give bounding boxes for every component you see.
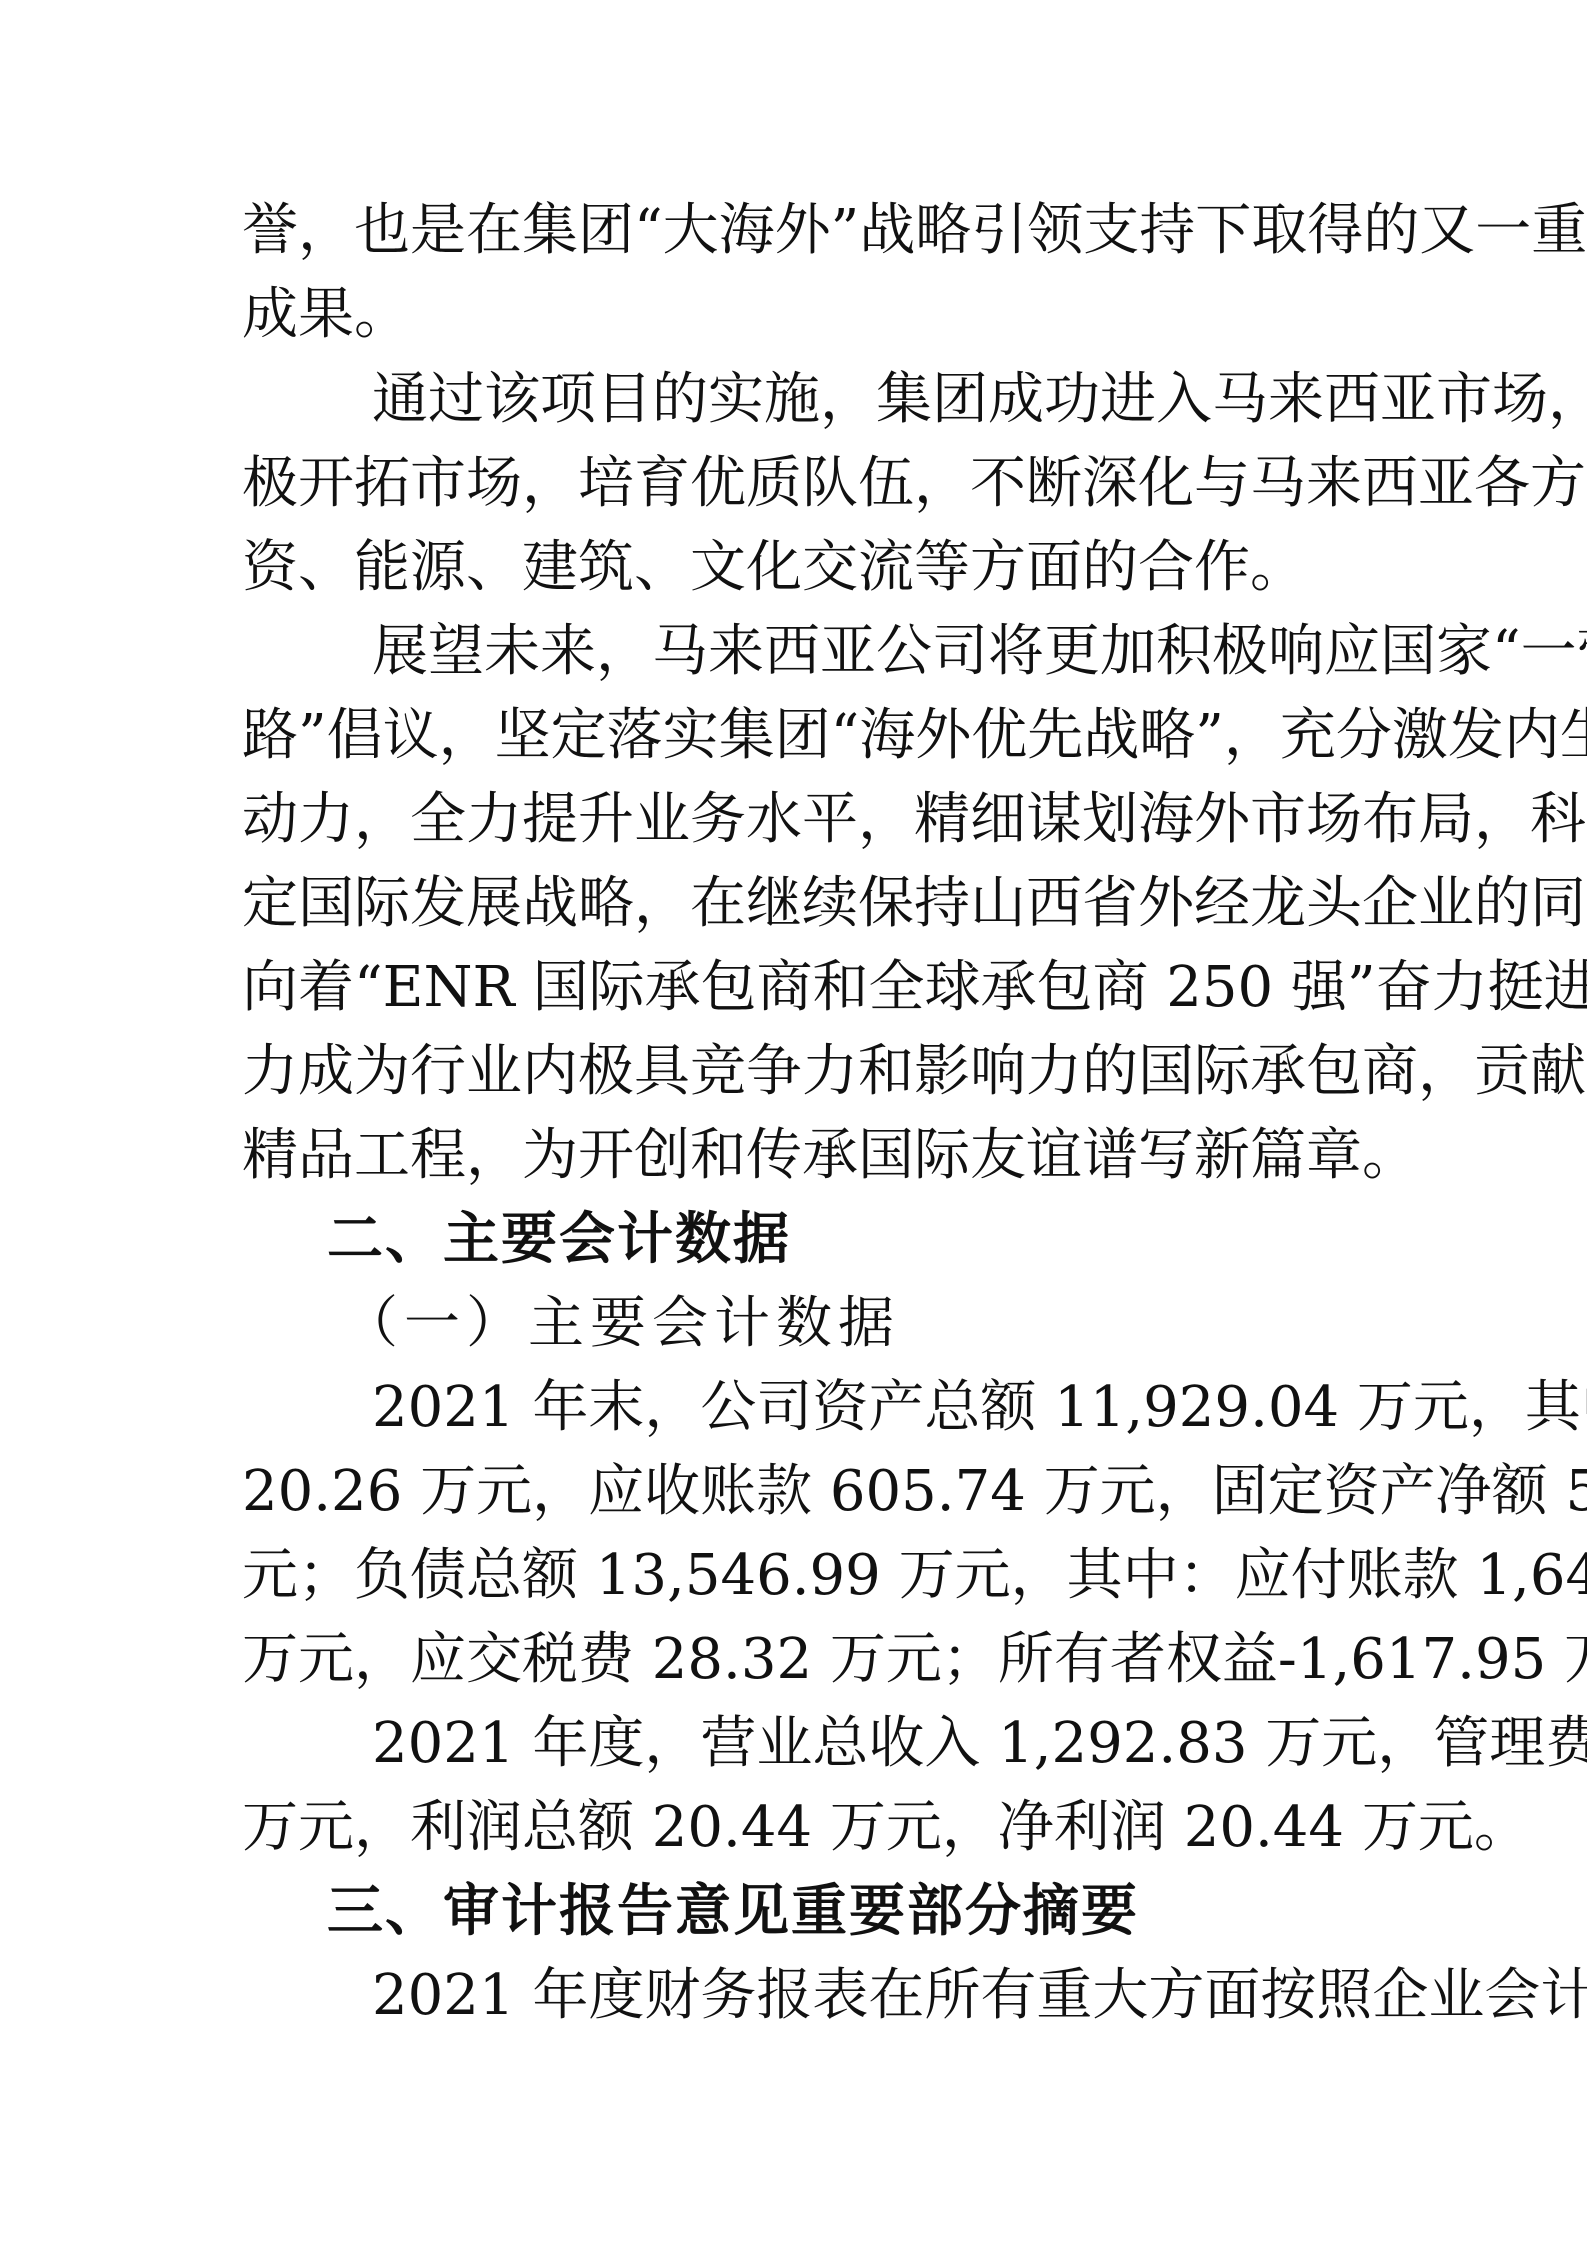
paragraph-line: 力成为行业内极具竞争力和影响力的国际承包商，贡献更多	[242, 1040, 1345, 1104]
paragraph-line: 展望未来，马来西亚公司将更加积极响应国家“一带一	[372, 620, 1345, 684]
paragraph-line: 定国际发展战略，在继续保持山西省外经龙头企业的同时，	[242, 872, 1345, 936]
paragraph-line: 精品工程，为开创和传承国际友谊谱写新篇章。	[242, 1124, 1345, 1188]
document-page: 誉，也是在集团“大海外”战略引领支持下取得的又一重要 成果。 通过该项目的实施，…	[0, 0, 1587, 2245]
paragraph-line: 万元，利润总额 20.44 万元，净利润 20.44 万元。	[242, 1796, 1345, 1860]
section-heading: 二、主要会计数据	[327, 1208, 791, 1272]
section-heading: 三、审计报告意见重要部分摘要	[327, 1880, 1139, 1944]
paragraph-line: 元；负债总额 13,546.99 万元，其中：应付账款 1,642.33	[242, 1544, 1345, 1608]
paragraph-line: 20.26 万元，应收账款 605.74 万元，固定资产净额 5.26 万	[242, 1460, 1345, 1524]
paragraph-line: 动力，全力提升业务水平，精细谋划海外市场布局，科学制	[242, 788, 1345, 852]
subsection-heading: （一）主要会计数据	[342, 1292, 900, 1356]
paragraph-line: 极开拓市场，培育优质队伍，不断深化与马来西亚各方在投	[242, 452, 1345, 516]
paragraph-line: 誉，也是在集团“大海外”战略引领支持下取得的又一重要	[242, 199, 1345, 263]
paragraph-line: 成果。	[242, 283, 1345, 347]
paragraph-line: 资、能源、建筑、文化交流等方面的合作。	[242, 536, 1345, 600]
paragraph-line: 2021 年度，营业总收入 1,292.83 万元，管理费用 20.79	[372, 1712, 1345, 1776]
paragraph-line: 2021 年度财务报表在所有重大方面按照企业会计准则	[372, 1964, 1345, 2028]
paragraph-line: 2021 年末，公司资产总额 11,929.04 万元，其中：存货	[372, 1376, 1345, 1440]
paragraph-line: 向着“ENR 国际承包商和全球承包商 250 强”奋力挺进，致	[242, 956, 1345, 1020]
paragraph-line: 路”倡议，坚定落实集团“海外优先战略”，充分激发内生	[242, 704, 1345, 768]
paragraph-line: 通过该项目的实施，集团成功进入马来西亚市场，并积	[372, 368, 1345, 432]
paragraph-line: 万元，应交税费 28.32 万元；所有者权益-1,617.95 万元。	[242, 1628, 1345, 1692]
